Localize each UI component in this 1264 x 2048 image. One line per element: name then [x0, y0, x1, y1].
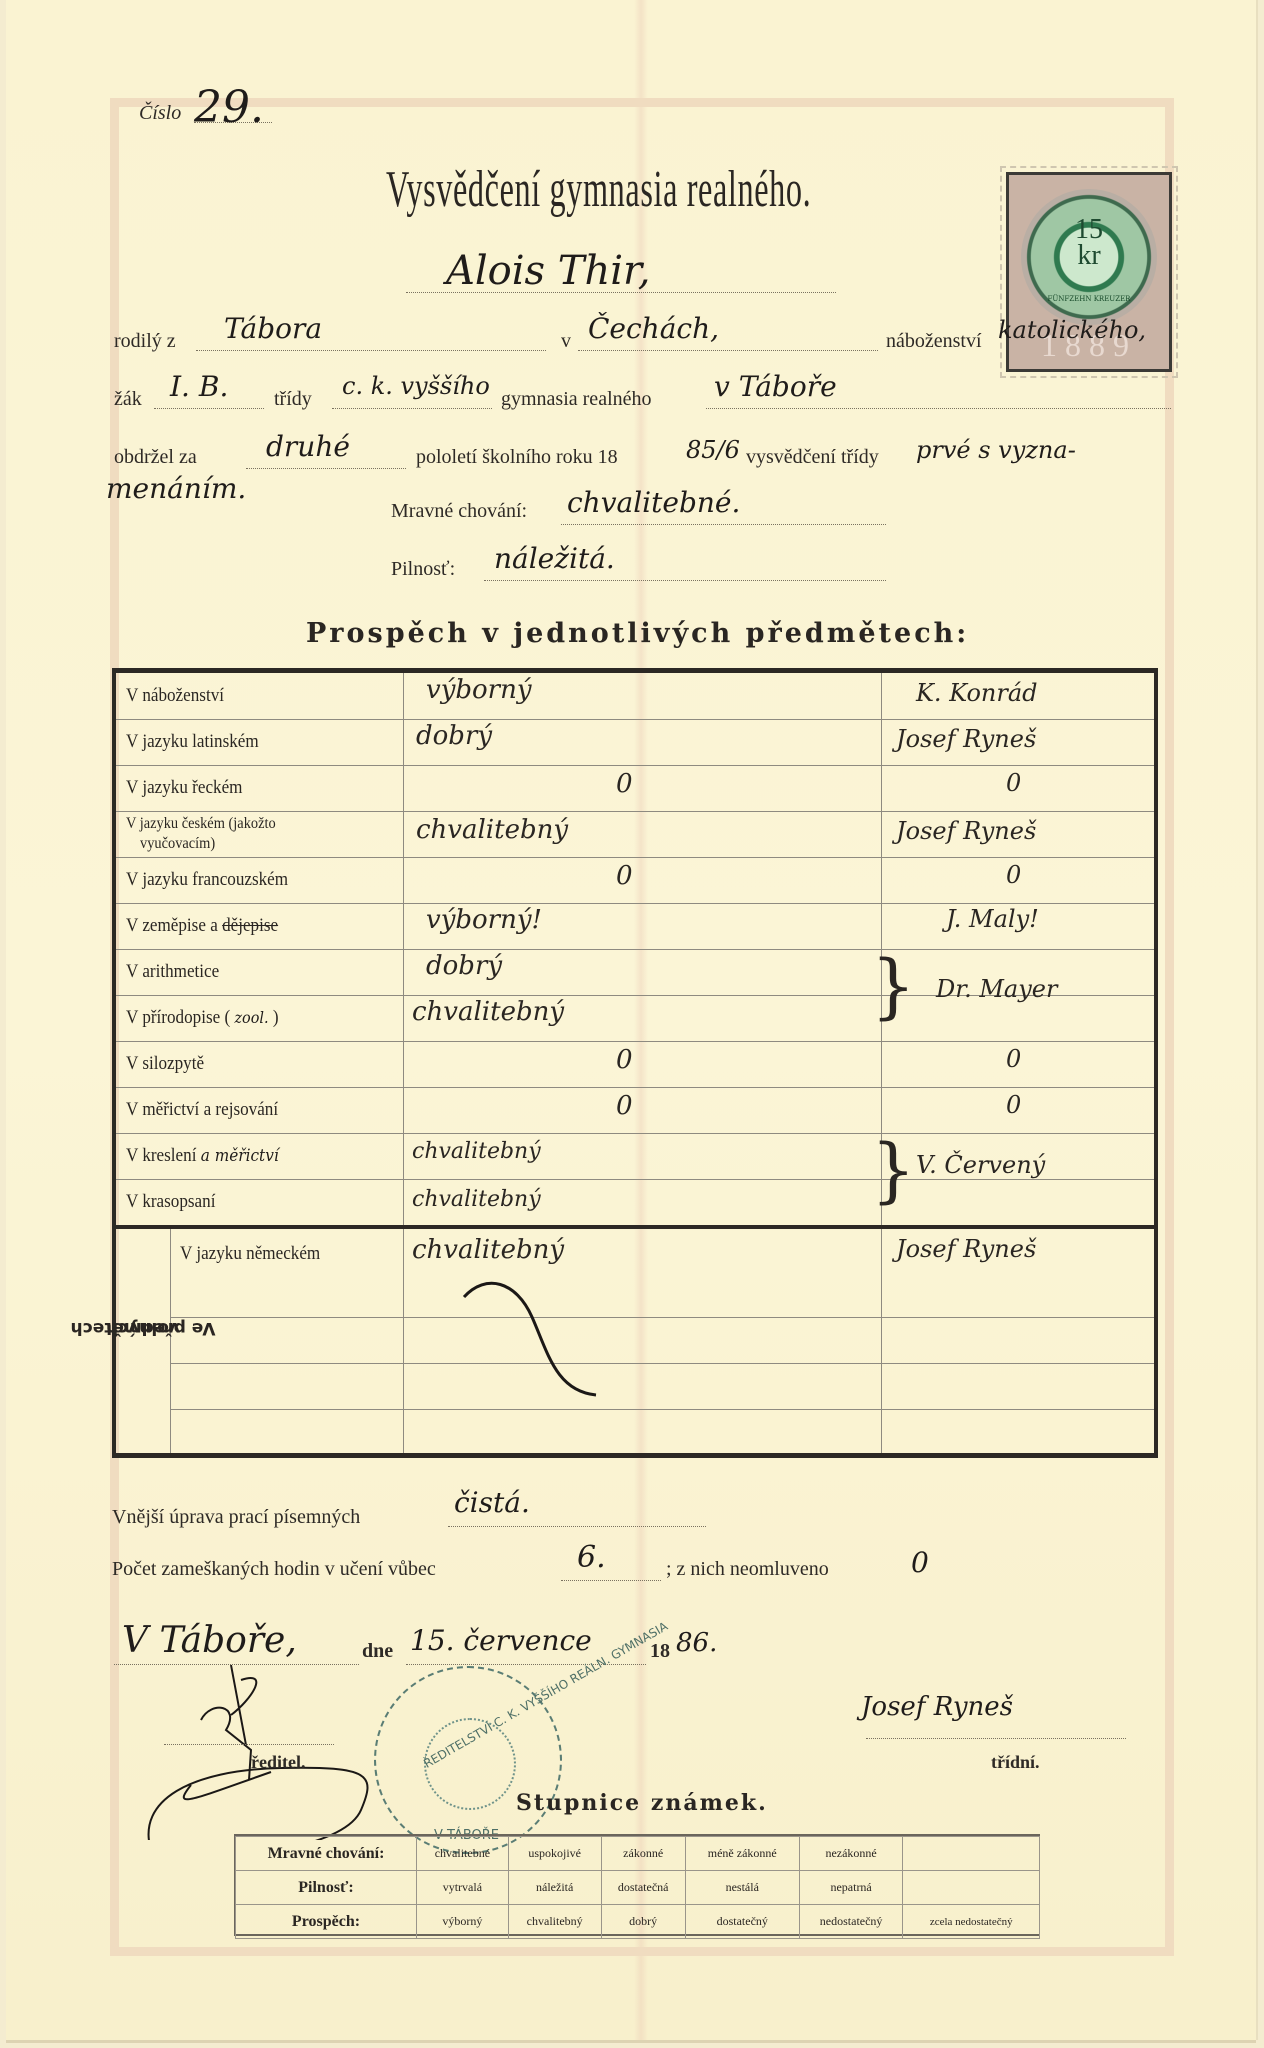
- subject-name: V silozpytě: [126, 1053, 204, 1075]
- religion-value: katolického,: [998, 316, 1146, 344]
- col-divider: [403, 673, 404, 1453]
- teacher-signature: Josef Ryneš: [896, 725, 1036, 753]
- neatness-value: čistá.: [454, 1486, 530, 1519]
- stamp-unit: kr: [1061, 243, 1117, 269]
- country-value: Čechách,: [588, 312, 719, 345]
- diligence-field: náležitá.: [484, 552, 886, 581]
- teacher-signature: Dr. Mayer: [936, 975, 1057, 1003]
- subject-grade: chvalitebný: [416, 815, 568, 845]
- stamp-value: 15 kr: [1061, 217, 1117, 269]
- subject-grade: dobrý: [416, 721, 492, 751]
- brace-icon: }: [871, 951, 916, 1021]
- subject-grade: chvalitebný: [412, 997, 564, 1027]
- subject-struck-text: dějepise: [222, 915, 278, 936]
- neatness-label: Vnější úprava prací písemných: [112, 1506, 360, 1529]
- subject-name: V měřictví a rejsování: [126, 1099, 278, 1121]
- col-divider: [881, 673, 882, 1453]
- subject-grade: chvalitebný: [412, 1187, 541, 1212]
- grading-scale-heading: Stupnice známek.: [516, 1790, 768, 1816]
- pupil-class: I. B.: [170, 370, 228, 403]
- religion-label: náboženství: [886, 330, 982, 353]
- subject-grade: dobrý: [426, 951, 502, 981]
- school-place-field: v Táboře: [706, 380, 1171, 409]
- scale-cell: dobrý: [601, 1905, 685, 1939]
- subject-note: a měřictví: [201, 1146, 279, 1166]
- received-label: obdržel za: [114, 446, 197, 469]
- place-value: V Táboře,: [122, 1620, 297, 1661]
- subject-name: V jazyku francouzském: [126, 869, 288, 891]
- unexcused-value: 0: [911, 1546, 929, 1579]
- absence-value: 6.: [577, 1540, 606, 1575]
- scale-row-label: Mravné chování:: [236, 1837, 417, 1871]
- subject-grade: výborný!: [426, 905, 542, 935]
- subject-grade: 0: [616, 861, 633, 891]
- school-place: v Táboře: [714, 370, 837, 403]
- subject-text-close: ): [273, 1007, 279, 1028]
- diligence-value: náležitá.: [494, 542, 615, 575]
- scale-cell: méně zákonné: [685, 1837, 799, 1871]
- subject-name: V jazyku německém: [180, 1243, 320, 1265]
- country-label: v: [561, 330, 571, 353]
- cert-value: prvé s vyzna-: [916, 436, 1076, 464]
- brace-icon: }: [871, 1135, 916, 1205]
- cert-value-cont: menáním.: [106, 472, 246, 505]
- subject-grade: 0: [616, 769, 633, 799]
- teacher-signature: 0: [1006, 769, 1021, 797]
- teacher-signature: V. Červený: [916, 1151, 1045, 1179]
- subject-name: V jazyku řeckém: [126, 777, 242, 799]
- subject-name: V přírodopise ( zool. ): [126, 1007, 279, 1029]
- absence-label: Počet zameškaných hodin v učení vůbec: [112, 1558, 436, 1581]
- subject-name: V kreslení a měřictví: [126, 1145, 279, 1167]
- year-prefix: 18: [650, 1640, 670, 1663]
- teacher-signature: 0: [1006, 1045, 1021, 1073]
- semester-field: druhé: [246, 440, 406, 469]
- conduct-label: Mravné chování:: [391, 500, 527, 523]
- semester-value: druhé: [266, 430, 350, 463]
- scale-cell: nedostatečný: [799, 1905, 903, 1939]
- semester-label: pololetí školního roku 18: [416, 446, 618, 469]
- grading-scale-table: Mravné chování: chvalitebné uspokojivé z…: [234, 1834, 1040, 1936]
- scale-cell: zcela nedostatečný: [903, 1905, 1040, 1939]
- teacher-signature: K. Konrád: [916, 679, 1038, 707]
- pupil-class-field: I. B.: [154, 380, 264, 409]
- stamp-legend: FÜNFZEHN KREUZER: [1027, 295, 1151, 303]
- subject-grade: výborný: [426, 675, 532, 705]
- conduct-field: chvalitebné.: [561, 496, 886, 525]
- class-teacher-signature: Josef Ryneš: [861, 1692, 1013, 1722]
- subject-grade: chvalitebný: [412, 1235, 564, 1265]
- scale-cell: vytrvalá: [417, 1871, 509, 1905]
- class-teacher-label: třídní.: [991, 1752, 1040, 1773]
- cancel-stroke-icon: [456, 1273, 606, 1413]
- director-label: ředitel.: [251, 1752, 305, 1773]
- grades-table: V náboženství výborný K. Konrád V jazyku…: [112, 668, 1158, 1458]
- teacher-signature: 0: [1006, 1091, 1021, 1119]
- scale-cell: nestálá: [685, 1871, 799, 1905]
- school-seal: ŘEDITELSTVÍ C. K. VYŠŠÍHO REÁLN. GYMNASI…: [374, 1666, 562, 1854]
- subject-name: V jazyku českém (jakožto: [126, 815, 276, 833]
- scale-cell: dostatečná: [601, 1871, 685, 1905]
- pupil-label: žák: [114, 388, 142, 411]
- diligence-label: Pilnosť:: [391, 558, 455, 581]
- school-type-field: c. k. vyššího: [332, 380, 492, 409]
- cert-label: vysvědčení třídy: [746, 446, 879, 469]
- class-teacher-line: [866, 1736, 1126, 1739]
- student-name: Alois Thir,: [446, 248, 650, 294]
- subject-name: V zeměpise a dějepise: [126, 915, 278, 937]
- scale-cell: chvalitebné: [417, 1837, 509, 1871]
- director-signature-line: [164, 1742, 334, 1745]
- director-signature: [131, 1660, 391, 1840]
- subject-name-cont: vyučovacím): [140, 835, 215, 853]
- unexcused-label: ; z nich neomluveno: [666, 1558, 829, 1581]
- subject-text: V zeměpise a: [126, 915, 218, 936]
- scale-row: Prospěch: výborný chvalitebný dobrý dost…: [236, 1905, 1040, 1939]
- scale-cell: [903, 1871, 1040, 1905]
- conduct-value: chvalitebné.: [567, 486, 740, 519]
- scale-row: Mravné chování: chvalitebné uspokojivé z…: [236, 1837, 1040, 1871]
- absence-field: 6.: [561, 1552, 661, 1581]
- subject-name: V jazyku latinském: [126, 731, 259, 753]
- scale-cell: výborný: [417, 1905, 509, 1939]
- number-label: Číslo: [139, 102, 181, 125]
- side-divider: [170, 1229, 171, 1453]
- scale-row: Pilnosť: vytrvalá náležitá dostatečná ne…: [236, 1871, 1040, 1905]
- scale-cell: dostatečný: [685, 1905, 799, 1939]
- year-value: 86.: [676, 1628, 717, 1658]
- certificate-paper: Číslo 29. Vysvědčení gymnasia realného. …: [6, 0, 1256, 2040]
- scale-cell: chvalitebný: [508, 1905, 601, 1939]
- class-label: třídy: [274, 388, 312, 411]
- scale-cell: uspokojivé: [508, 1837, 601, 1871]
- subject-name: V náboženství: [126, 685, 224, 707]
- teacher-signature: J. Maly!: [946, 905, 1039, 933]
- teacher-signature: 0: [1006, 861, 1021, 889]
- teacher-signature: Josef Ryneš: [896, 1235, 1036, 1263]
- scale-cell: zákonné: [601, 1837, 685, 1871]
- number-value: 29.: [194, 82, 272, 123]
- country-field: Čechách,: [578, 322, 878, 351]
- optional-subjects-label: Ve předmětechvolných: [118, 1193, 168, 1463]
- student-name-field: Alois Thir,: [406, 248, 836, 293]
- born-field: Tábora: [196, 322, 546, 351]
- subject-grade: chvalitebný: [412, 1139, 541, 1164]
- school-type: c. k. vyššího: [342, 372, 490, 400]
- scale-cell: nepatrná: [799, 1871, 903, 1905]
- school-label: gymnasia realného: [501, 388, 652, 411]
- scale-cell: [903, 1837, 1040, 1871]
- born-value: Tábora: [224, 312, 322, 345]
- optional-label-line2: volných: [106, 1318, 180, 1338]
- school-year-value: 85/6: [686, 436, 740, 464]
- subject-text: V přírodopise (: [126, 1007, 230, 1028]
- teacher-signature: Josef Ryneš: [896, 817, 1036, 845]
- subject-text: V kreslení: [126, 1145, 196, 1166]
- document-title: Vysvědčení gymnasia realného.: [386, 160, 811, 219]
- neatness-field: čistá.: [448, 1498, 706, 1527]
- grades-heading: Prospěch v jednotlivých předmětech:: [306, 618, 969, 649]
- subject-grade: 0: [616, 1091, 633, 1121]
- scale-row-label: Prospěch:: [236, 1905, 417, 1939]
- subject-name: V arithmetice: [126, 961, 219, 983]
- subject-grade: 0: [616, 1045, 633, 1075]
- scale-cell: nezákonné: [799, 1837, 903, 1871]
- born-label: rodilý z: [114, 330, 176, 353]
- subject-note: zool.: [234, 1008, 268, 1027]
- scale-cell: náležitá: [508, 1871, 601, 1905]
- date-value: 15. července: [410, 1624, 592, 1657]
- optional-divider: [116, 1225, 1154, 1229]
- scale-row-label: Pilnosť:: [236, 1871, 417, 1905]
